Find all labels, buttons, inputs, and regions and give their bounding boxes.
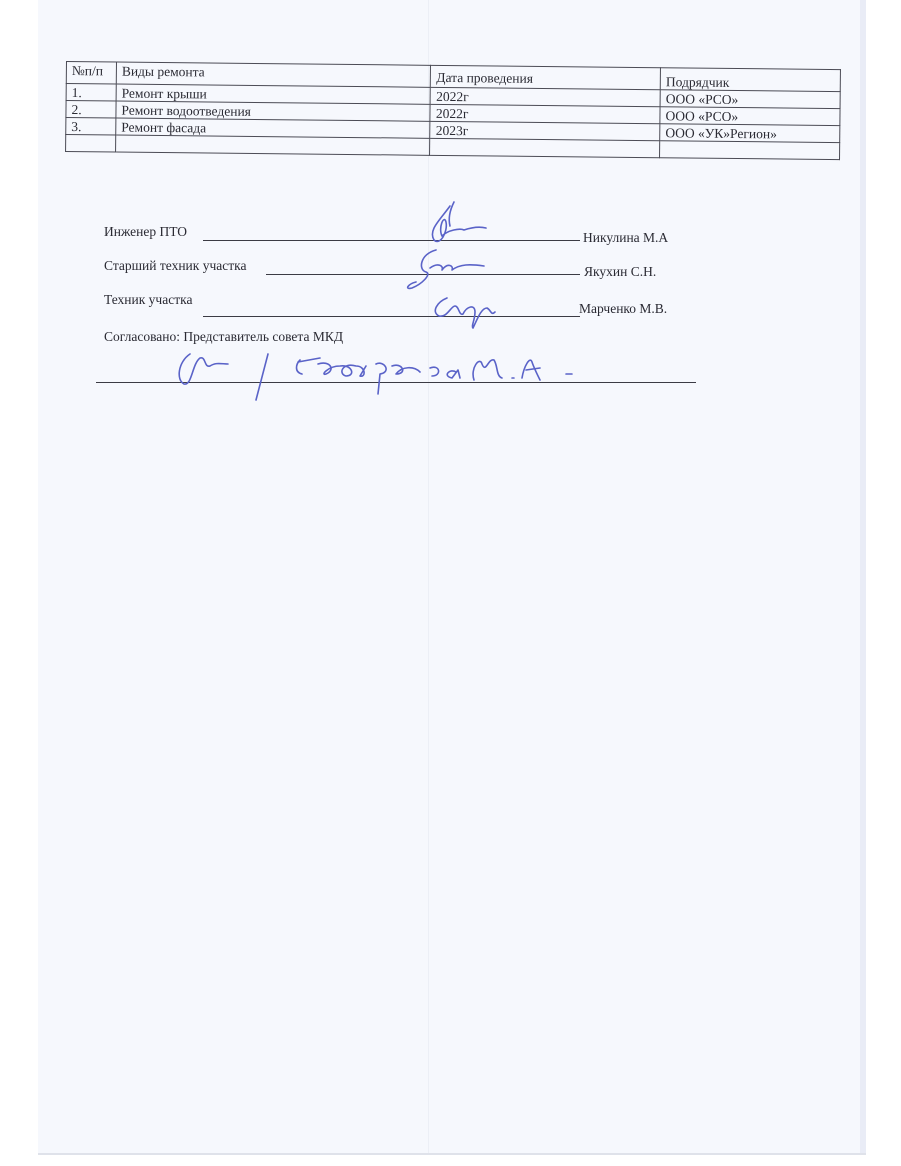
header-repair-type: Виды ремонта — [116, 62, 431, 87]
cell-date — [430, 138, 660, 157]
signature-line — [203, 240, 580, 241]
approval-label: Согласовано: Представитель совета МКД — [104, 329, 343, 345]
document-page — [38, 0, 866, 1155]
header-number: №п/п — [66, 62, 116, 85]
signature-role: Старший техник участка — [104, 258, 246, 274]
cell-contractor: ООО «УК»Регион» — [660, 124, 840, 143]
cell-contractor: ООО «РСО» — [660, 90, 840, 109]
cell-date: 2022г — [430, 104, 660, 123]
handwritten-signature-icon — [390, 244, 490, 294]
handwritten-signature-icon — [425, 290, 515, 330]
cell-date: 2022г — [431, 87, 661, 106]
signature-name: Никулина М.А — [583, 230, 668, 246]
signature-role: Инженер ПТО — [104, 224, 187, 240]
signature-role: Техник участка — [104, 292, 192, 308]
paper-fold — [428, 0, 429, 1153]
signature-name: Якухин С.Н. — [584, 264, 656, 280]
cell-number: 1. — [66, 84, 116, 102]
signature-name: Марченко М.В. — [579, 301, 667, 317]
handwritten-approval-signature-icon — [170, 344, 620, 404]
cell-repair-type — [116, 135, 431, 155]
cell-number: 3. — [66, 118, 116, 136]
cell-number: 2. — [66, 101, 116, 119]
repair-table: №п/п Виды ремонта Дата проведения Подряд… — [65, 61, 841, 160]
signature-line — [203, 316, 580, 317]
header-date: Дата проведения — [431, 65, 661, 89]
header-contractor: Подрядчик — [660, 68, 840, 92]
cell-date: 2023г — [430, 121, 660, 140]
cell-contractor: ООО «РСО» — [660, 107, 840, 126]
cell-contractor — [660, 141, 840, 160]
cell-number — [66, 135, 116, 153]
handwritten-signature-icon — [420, 200, 500, 250]
